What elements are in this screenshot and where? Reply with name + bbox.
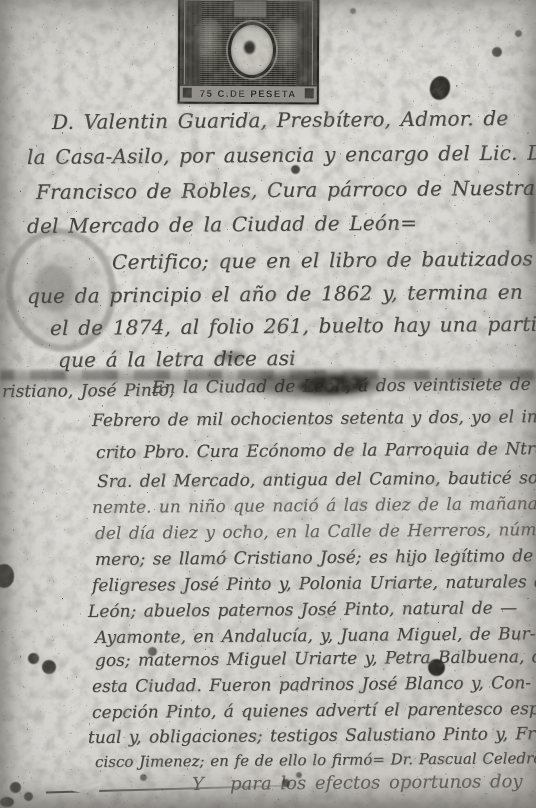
ink-blot xyxy=(148,647,157,656)
ink-blot xyxy=(528,175,536,245)
stamp-crest-icon xyxy=(233,0,267,18)
stamp-denomination: 75 C.DE PESETA xyxy=(180,85,317,103)
ink-blot xyxy=(282,779,290,787)
handwriting-line: feligreses José Pinto y, Polonia Uriarte… xyxy=(92,572,536,596)
handwriting-line: gos; maternos Miguel Uriarte y, Petra Ba… xyxy=(95,647,536,671)
ink-blot xyxy=(427,74,453,102)
handwriting-line: crito Pbro. Cura Ecónomo de la Parroquia… xyxy=(96,439,536,463)
handwriting-line: Ayamonte, en Andalucía, y, Juana Miguel,… xyxy=(95,624,536,648)
ink-blot xyxy=(350,8,356,14)
handwriting-line: del Mercado de la Ciudad de León= xyxy=(27,211,417,238)
ink-blot xyxy=(515,30,522,37)
scanned-document-page: 75 C.DE PESETA D. Valentin Guarida, Pres… xyxy=(0,0,536,808)
ink-blot xyxy=(140,774,147,781)
handwriting-line: esta Ciudad. Fueron padrinos José Blanco… xyxy=(92,673,531,697)
ink-blot xyxy=(0,564,14,588)
handwriting-line: Francisco de Robles, Cura párroco de Nue… xyxy=(36,175,536,204)
stamp-left-figure-icon xyxy=(192,18,226,76)
ink-blot xyxy=(28,653,39,664)
handwriting-line: Y para los efectos oportunos doy xyxy=(192,771,523,795)
handwriting-line: la Casa-Asilo, por ausencia y encargo de… xyxy=(27,140,536,169)
handwriting-line: tual y, obligaciones; testigos Salustian… xyxy=(88,724,536,748)
ink-blot xyxy=(218,351,246,362)
handwriting-line: mero; se llamó Cristiano José; es hijo l… xyxy=(95,546,536,570)
handwriting-line: Certifico; que en el libro de bautizados xyxy=(112,246,533,274)
ink-blot xyxy=(428,659,445,676)
ink-blot xyxy=(296,772,302,778)
paper-chip xyxy=(72,782,103,797)
handwriting-line: el de 1874, al folio 261, buelto hay una… xyxy=(50,312,536,340)
handwriting-line: León; abuelos paternos José Pinto, natur… xyxy=(88,598,517,622)
revenue-stamp-icon: 75 C.DE PESETA xyxy=(178,0,320,104)
handwriting-line: cepción Pinto, á quienes advertí el pare… xyxy=(92,699,536,723)
ink-blot xyxy=(10,782,21,793)
ink-blot xyxy=(0,797,14,807)
handwriting-line: Sra. del Mercado, antigua del Camino, ba… xyxy=(97,468,536,492)
handwriting-line: ristiano, José Pinto, xyxy=(2,380,174,402)
handwriting-line: D. Valentin Guarida, Presbítero, Admor. … xyxy=(52,106,509,134)
handwriting-line: Febrero de mil ochocientos setenta y dos… xyxy=(92,407,536,431)
ink-blot xyxy=(42,660,56,674)
ink-blot xyxy=(291,165,300,174)
handwriting-line: del día diez y ocho, en la Calle de Herr… xyxy=(95,520,536,544)
stamp-center-oval xyxy=(228,22,276,78)
handwriting-line: nemte. un niño que nació á las diez de l… xyxy=(92,494,536,518)
ink-blot xyxy=(24,792,33,801)
ink-blot xyxy=(492,47,502,57)
handwriting-line: que da principio el año de 1862 y, termi… xyxy=(27,280,523,308)
handwriting-line: cisco Jimenez; en fe de ello lo firmó= D… xyxy=(95,749,536,771)
